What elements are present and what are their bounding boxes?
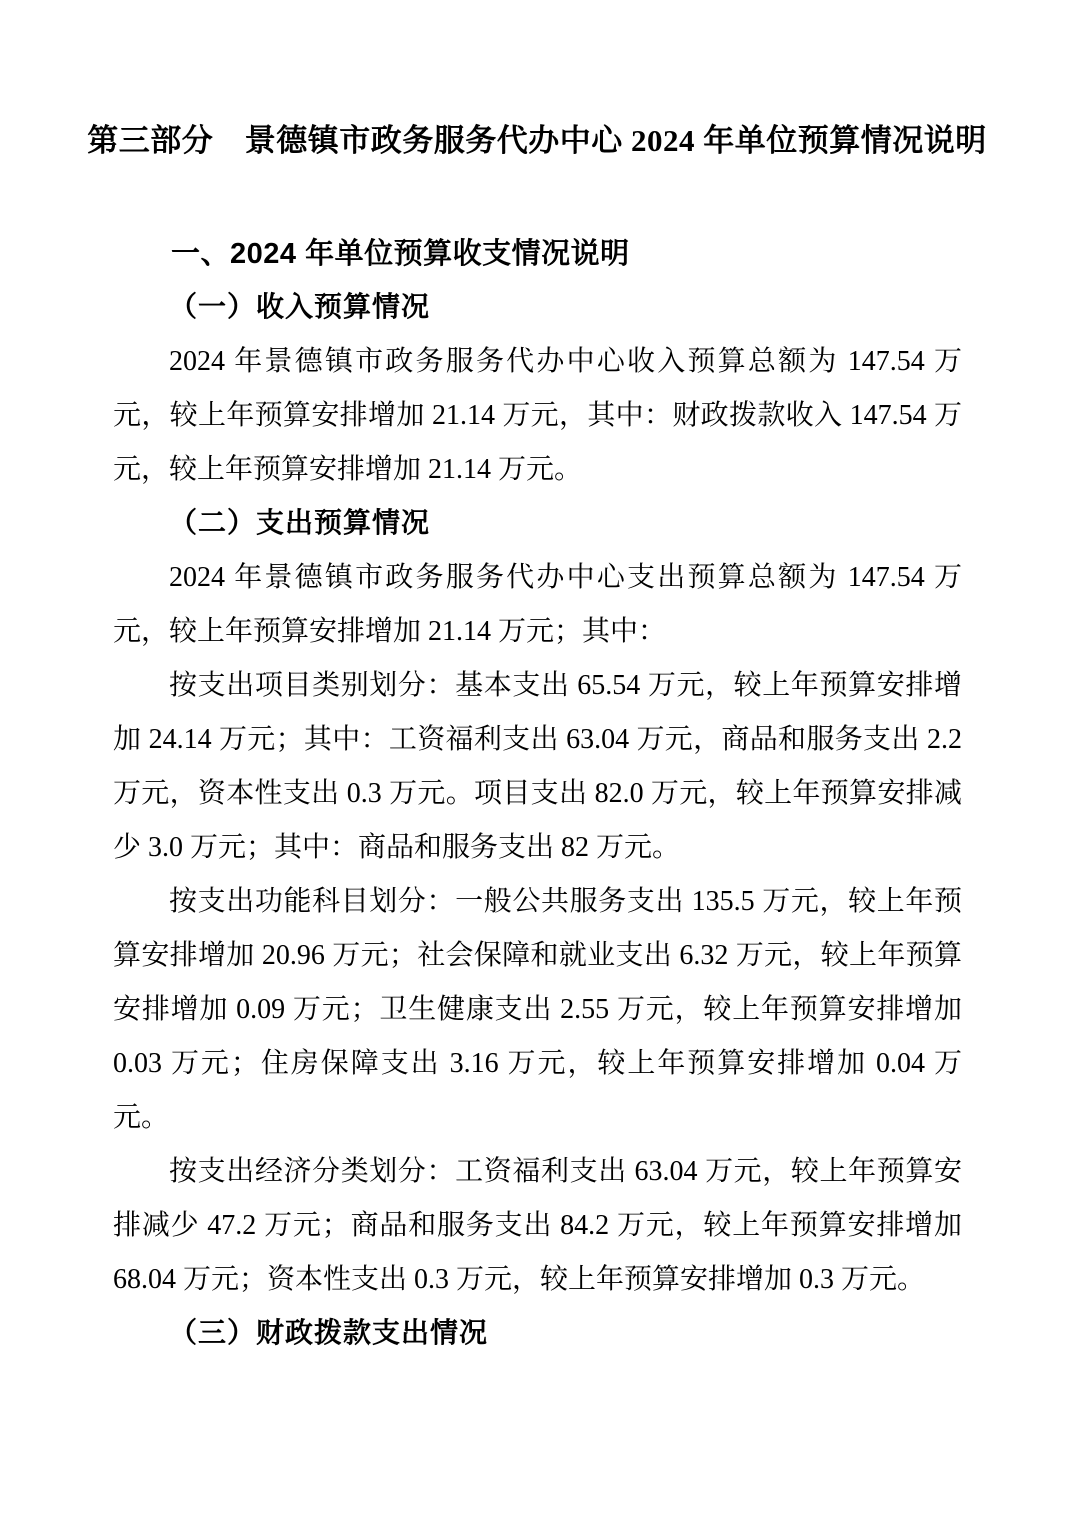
document-title: 第三部分 景德镇市政务服务代办中心 2024 年单位预算情况说明 bbox=[0, 0, 1074, 161]
paragraph-expenditure-by-project-type: 按支出项目类别划分：基本支出 65.54 万元，较上年预算安排增加 24.14 … bbox=[113, 659, 962, 875]
document-page: 第三部分 景德镇市政务服务代办中心 2024 年单位预算情况说明 一、2024 … bbox=[0, 0, 1074, 1520]
subheading-expenditure-budget: （二）支出预算情况 bbox=[113, 497, 962, 551]
paragraph-expenditure-by-function: 按支出功能科目划分：一般公共服务支出 135.5 万元，较上年预算安排增加 20… bbox=[113, 875, 962, 1145]
paragraph-expenditure-by-economic-class: 按支出经济分类划分：工资福利支出 63.04 万元，较上年预算安排减少 47.2… bbox=[113, 1145, 962, 1307]
paragraph-income-budget-detail: 2024 年景德镇市政务服务代办中心收入预算总额为 147.54 万元，较上年预… bbox=[113, 335, 962, 497]
subheading-fiscal-appropriation-expenditure: （三）财政拨款支出情况 bbox=[113, 1307, 962, 1361]
heading-2024-budget-overview: 一、2024 年单位预算收支情况说明 bbox=[113, 227, 962, 281]
subheading-income-budget: （一）收入预算情况 bbox=[113, 281, 962, 335]
document-body: 一、2024 年单位预算收支情况说明 （一）收入预算情况 2024 年景德镇市政… bbox=[0, 227, 1074, 1361]
paragraph-expenditure-total: 2024 年景德镇市政务服务代办中心支出预算总额为 147.54 万元，较上年预… bbox=[113, 551, 962, 659]
